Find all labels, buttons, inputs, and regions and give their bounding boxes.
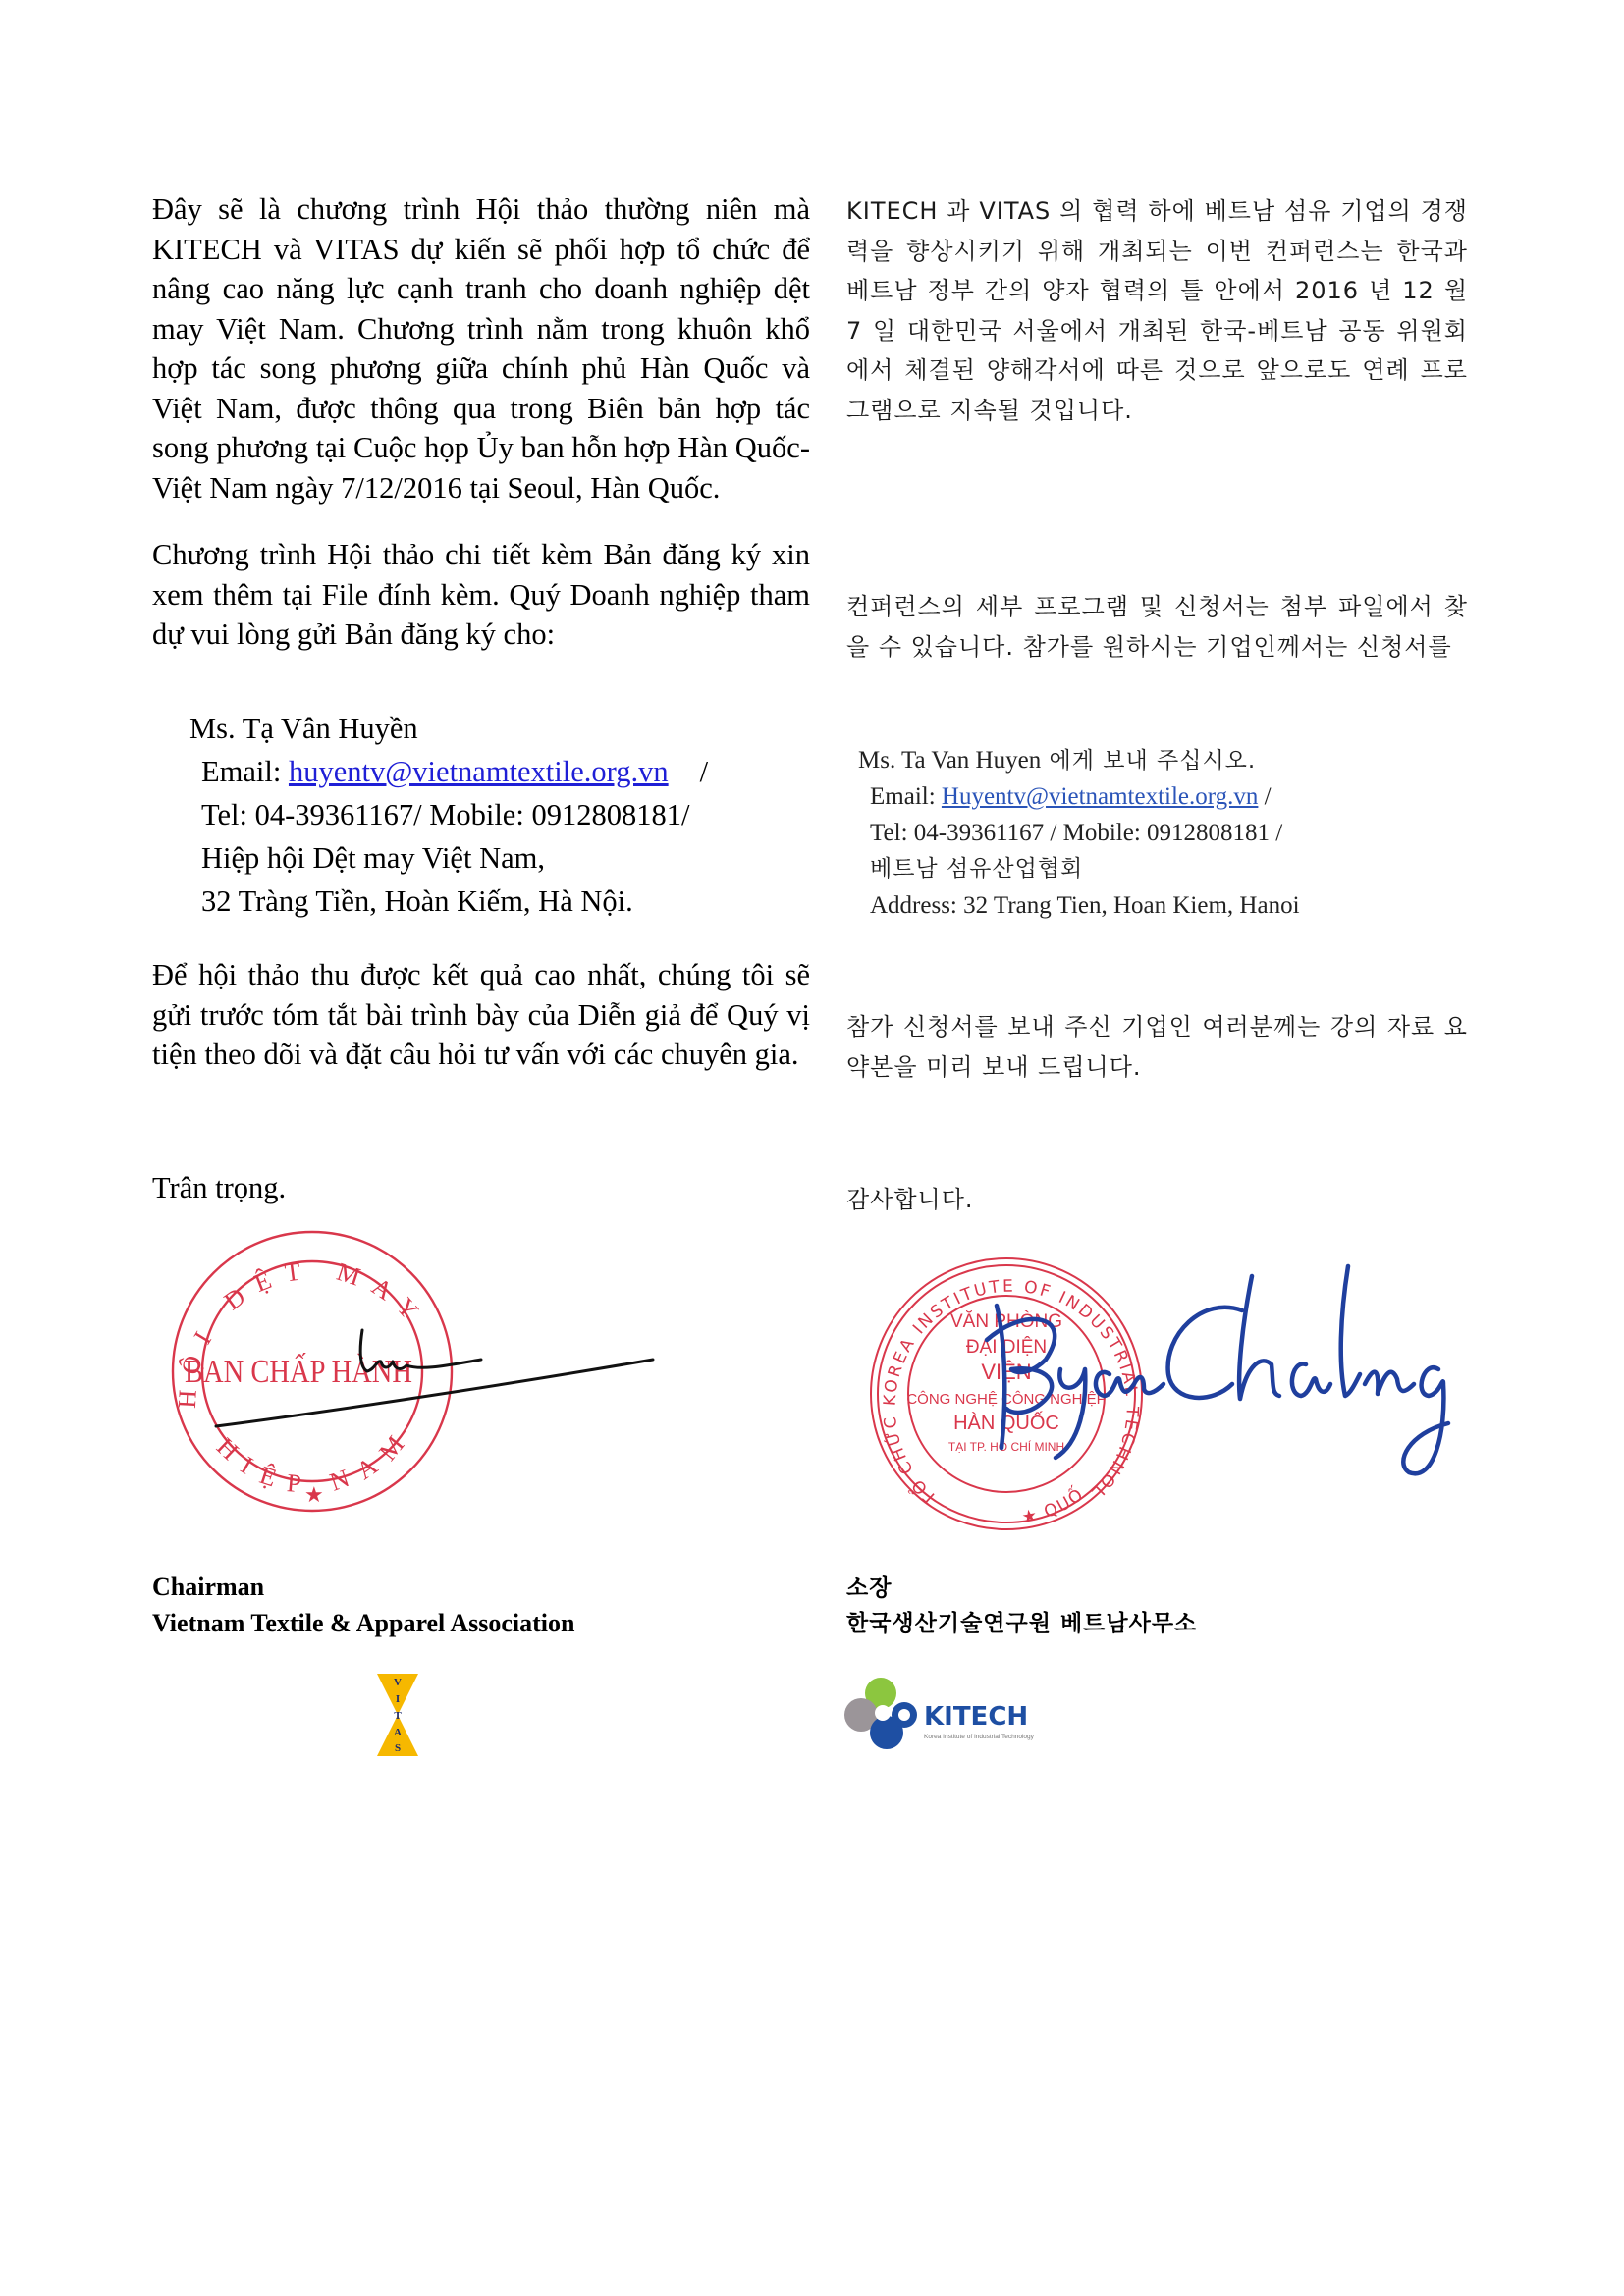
ko-contact-email-line: Email: Huyentv@vietnamtextile.org.vn / (846, 778, 1475, 815)
ko-paragraph-presentation: 참가 신청서를 보내 주신 기업인 여러분께는 강의 자료 요약본을 미리 보내… (846, 1007, 1468, 1087)
ko-contact-name-en: Ms. Ta Van Huyen (858, 747, 1041, 774)
vi-email-link[interactable]: huyentv@vietnamtextile.org.vn (289, 755, 669, 788)
ko-contact-organization: 베트남 섬유산업협회 (846, 851, 1475, 887)
kitech-stamp-icon: TỔ CHỨC KOREA INSTITUTE OF INDUSTRIAL TE… (869, 1247, 1458, 1541)
ko-signatory-organization: 한국생산기술연구원 베트남사무소 (846, 1606, 1197, 1642)
vi-contact-email-line: Email: huyentv@vietnamtextile.org.vn/ (152, 750, 839, 793)
ko-paragraph-registration: 컨퍼런스의 세부 프로그램 및 신청서는 첨부 파일에서 찾을 수 있습니다. … (846, 587, 1468, 667)
ko-paragraph-intro: KITECH 과 VITAS 의 협력 하에 베트남 섬유 기업의 경쟁력을 향… (846, 191, 1468, 430)
svg-text:HÀN QUỐC: HÀN QUỐC (953, 1411, 1059, 1434)
ko-contact-name: Ms. Ta Van Huyen 에게 보내 주십시오. (846, 742, 1475, 778)
svg-text:KITECH: KITECH (924, 1702, 1028, 1732)
svg-text:ĐẠI DIỆN: ĐẠI DIỆN (966, 1336, 1047, 1358)
svg-text:V: V (394, 1677, 402, 1688)
vitas-stamp-icon: HỘI DỆT MAY VIỆT HIỆP NAM BAN CHẤP HÀNH … (157, 1222, 825, 1536)
ko-email-label: Email: (870, 783, 942, 810)
vitas-logo-icon: V I T A S (377, 1674, 418, 1756)
vi-signatory-title: Chairman (152, 1569, 264, 1605)
vi-contact-block: Ms. Tạ Vân Huyền Email: huyentv@vietnamt… (152, 707, 839, 923)
ko-contact-phone: Tel: 04-39361167 / Mobile: 0912808181 / (846, 815, 1475, 851)
vi-email-label: Email: (201, 755, 289, 788)
ko-contact-block: Ms. Ta Van Huyen 에게 보내 주십시오. Email: Huye… (846, 742, 1475, 924)
svg-text:S: S (395, 1742, 401, 1754)
vi-email-separator: / (669, 755, 708, 788)
document-page: Đây sẽ là chương trình Hội thảo thường n… (0, 0, 1624, 2296)
vi-signatory-organization: Vietnam Textile & Apparel Association (152, 1605, 574, 1641)
svg-text:T: T (394, 1710, 402, 1722)
vi-paragraph-intro: Đây sẽ là chương trình Hội thảo thường n… (152, 189, 810, 507)
ko-email-separator: / (1258, 783, 1271, 810)
vi-paragraph-registration: Chương trình Hội thảo chi tiết kèm Bản đ… (152, 535, 810, 655)
svg-text:Korea Institute of Industrial: Korea Institute of Industrial Technology (924, 1734, 1035, 1740)
vi-paragraph-presentation: Để hội thảo thu được kết quả cao nhất, c… (152, 955, 810, 1075)
kitech-logo-icon: KITECH Korea Institute of Industrial Tec… (839, 1674, 1046, 1754)
ko-contact-name-ko: 에게 보내 주십시오. (1041, 748, 1256, 774)
svg-text:I: I (396, 1693, 400, 1705)
ko-contact-address: Address: 32 Trang Tien, Hoan Kiem, Hanoi (846, 887, 1475, 924)
vi-contact-organization: Hiệp hội Dệt may Việt Nam, (152, 836, 839, 880)
svg-text:TẠI TP. HỒ CHÍ MINH: TẠI TP. HỒ CHÍ MINH (948, 1439, 1064, 1454)
vi-contact-address: 32 Tràng Tiền, Hoàn Kiếm, Hà Nội. (152, 880, 839, 923)
svg-text:BAN CHẤP HÀNH: BAN CHẤP HÀNH (185, 1353, 412, 1390)
ko-closing: 감사합니다. (846, 1180, 1468, 1220)
vi-contact-phone: Tel: 04-39361167/ Mobile: 0912808181/ (152, 793, 839, 836)
vi-closing: Trân trọng. (152, 1168, 810, 1208)
vi-contact-name: Ms. Tạ Vân Huyền (152, 707, 839, 750)
ko-signatory-title: 소장 (846, 1571, 892, 1607)
svg-text:★: ★ (304, 1483, 324, 1508)
ko-email-link[interactable]: Huyentv@vietnamtextile.org.vn (942, 783, 1259, 810)
svg-text:A: A (394, 1727, 402, 1738)
